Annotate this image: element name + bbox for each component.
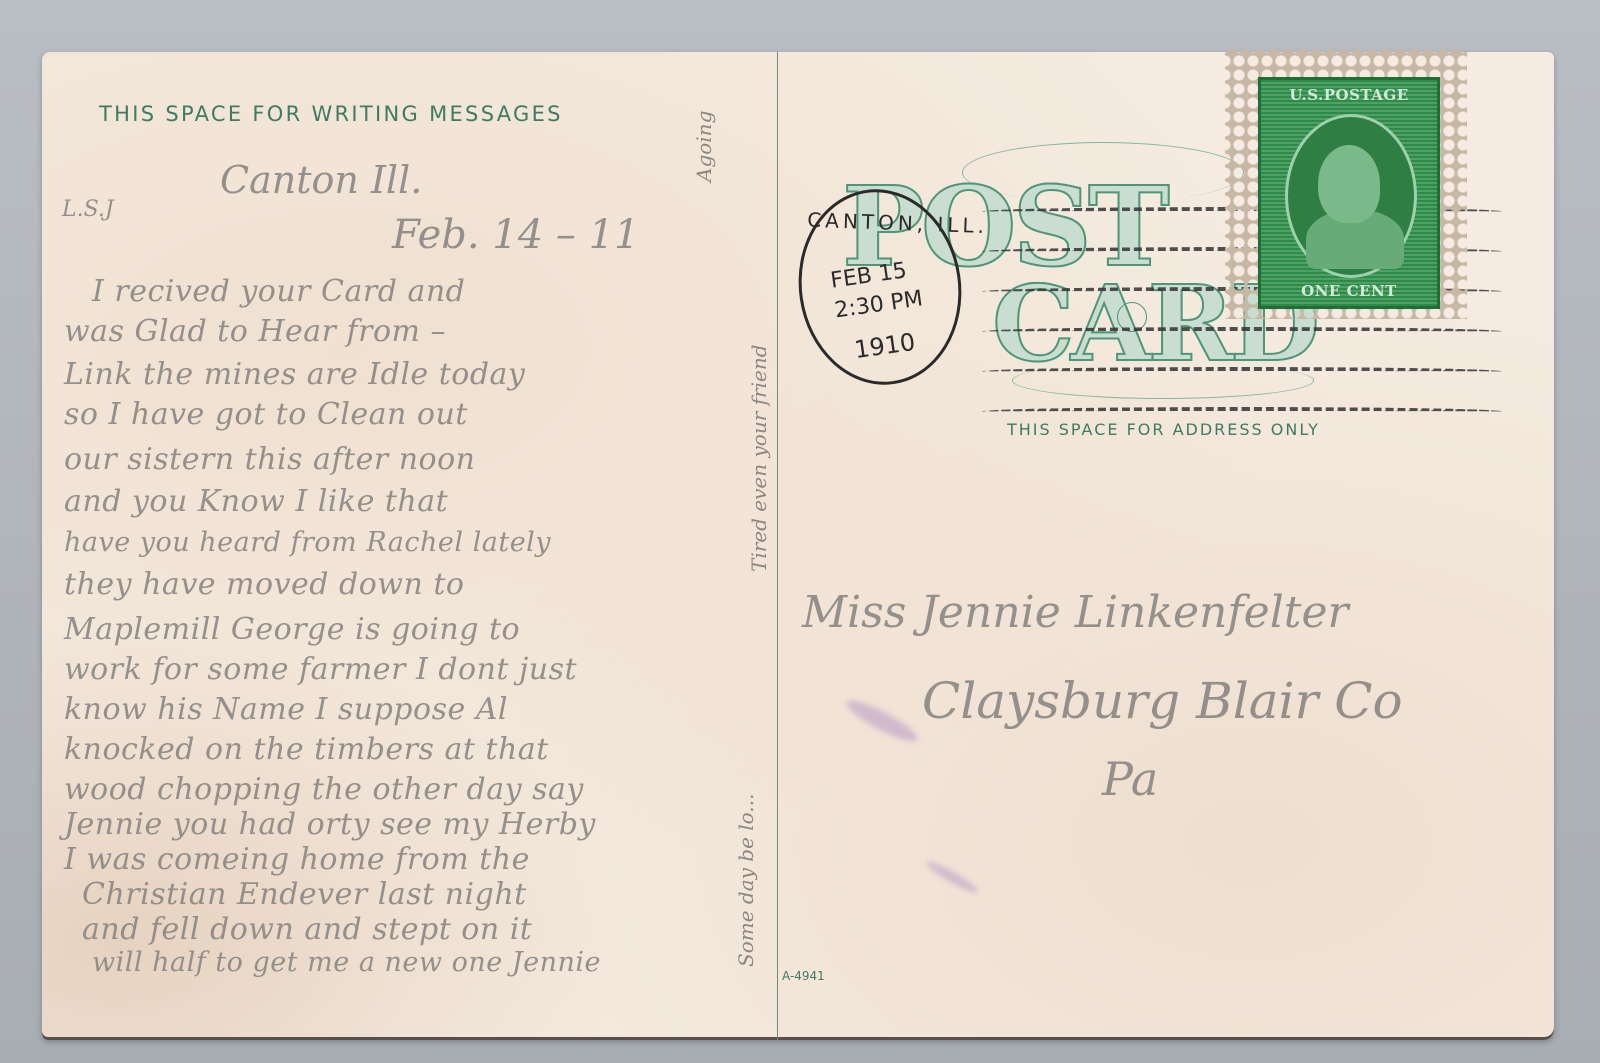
postmark-time: 2:30 PM bbox=[833, 286, 924, 323]
center-divider bbox=[777, 52, 778, 1040]
message-line: and you Know I like that bbox=[64, 484, 448, 519]
message-line: I recived your Card and bbox=[92, 274, 465, 309]
stamp-value-text: ONE CENT bbox=[1261, 282, 1437, 300]
message-line: was Glad to Hear from – bbox=[64, 314, 446, 349]
margin-note-right: Tired even your friend bbox=[747, 344, 771, 572]
stamp-top-text: U.S.POSTAGE bbox=[1261, 86, 1437, 104]
ink-smudge bbox=[924, 858, 981, 897]
message-initials: L.S.J bbox=[62, 197, 114, 222]
address-state: Pa bbox=[1102, 752, 1158, 806]
message-date: Feb. 14 – 11 bbox=[392, 212, 640, 258]
message-line: our sistern this after noon bbox=[64, 442, 476, 477]
margin-note-bottom: Some day be lo... bbox=[734, 794, 758, 967]
stamp-portrait bbox=[1285, 114, 1417, 278]
portrait-head bbox=[1318, 145, 1380, 223]
message-space-header: THIS SPACE FOR WRITING MESSAGES bbox=[99, 102, 563, 126]
message-line: have you heard from Rachel lately bbox=[64, 527, 551, 558]
postmark-city: CANTON, ILL. bbox=[807, 208, 989, 238]
postmark-date: FEB 15 bbox=[829, 258, 908, 293]
message-line: so I have got to Clean out bbox=[64, 397, 468, 432]
message-line: Jennie you had orty see my Herby bbox=[64, 807, 596, 842]
message-line: I was comeing home from the bbox=[64, 842, 530, 877]
message-line: Maplemill George is going to bbox=[64, 612, 520, 647]
catalog-number: A-4941 bbox=[782, 969, 825, 983]
postmark-year: 1910 bbox=[853, 328, 917, 364]
message-line: Christian Endever last night bbox=[82, 877, 527, 912]
address-city: Claysburg Blair Co bbox=[922, 672, 1403, 730]
message-line: Link the mines are Idle today bbox=[64, 357, 525, 392]
message-line: wood chopping the other day say bbox=[64, 772, 584, 807]
message-line: they have moved down to bbox=[64, 567, 464, 602]
address-recipient: Miss Jennie Linkenfelter bbox=[802, 587, 1349, 638]
ink-smudge bbox=[842, 694, 921, 747]
message-line: will half to get me a new one Jennie bbox=[92, 947, 601, 978]
margin-note-top: Agoing bbox=[692, 111, 716, 182]
message-line: know his Name I suppose Al bbox=[64, 692, 508, 727]
message-line: and fell down and stept on it bbox=[82, 912, 532, 947]
message-place: Canton Ill. bbox=[220, 158, 422, 202]
message-line: work for some farmer I dont just bbox=[64, 652, 577, 687]
address-space-header: THIS SPACE FOR ADDRESS ONLY bbox=[1007, 420, 1320, 439]
postage-stamp: U.S.POSTAGE ONE CENT bbox=[1258, 77, 1440, 309]
message-line: knocked on the timbers at that bbox=[64, 732, 549, 767]
